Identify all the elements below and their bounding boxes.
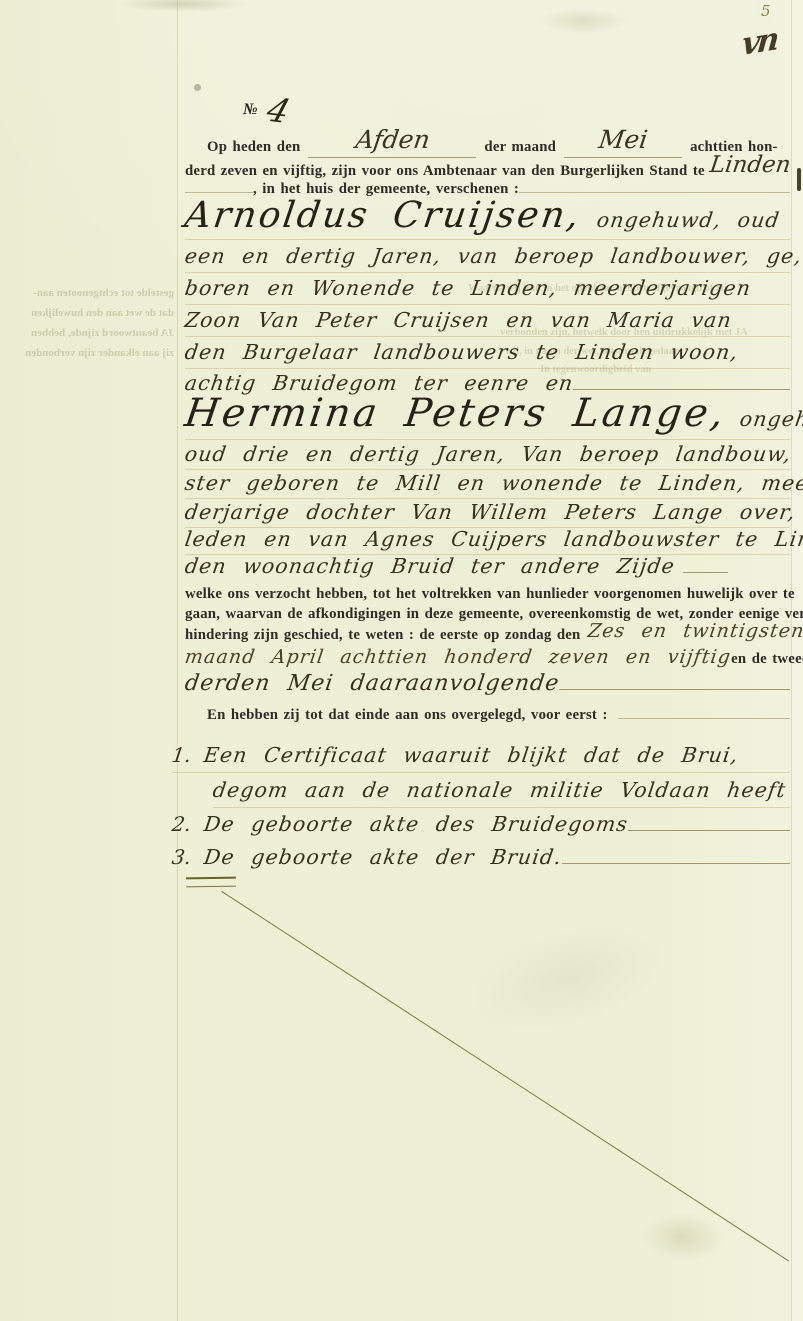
handwritten-text: een en dertig Jaren, van beroep landbouw…	[183, 241, 803, 271]
act-number-value: 4	[262, 90, 294, 130]
document-item-1: 1. Een Certificaat waaruit blijkt dat de…	[172, 739, 790, 773]
left-margin-fold-line	[177, 0, 178, 1321]
banns-line: maand April achttien honderd zeven en vi…	[185, 645, 790, 669]
bride-name-line: Hermina Peters Lange, ongehuwd,	[185, 389, 790, 440]
bride-line: derjarige dochter Van Willem Peters Lang…	[185, 498, 790, 528]
blank-rule	[562, 861, 790, 864]
handwritten-text: Zoon Van Peter Cruijsen en van Maria van	[183, 305, 734, 335]
handwritten-first-banns-date: Zes en twintigsten der	[587, 621, 803, 641]
fill-in-month: Mei	[564, 128, 682, 158]
handwritten-text: leden en van Agnes Cuijpers landbouwster…	[183, 526, 803, 553]
handwritten-text: Een Certificaat waaruit blijkt dat de Br…	[202, 739, 741, 771]
handwritten-text: derjarige dochter Van Willem Peters Lang…	[183, 498, 798, 526]
handwritten-second-banns-date: derden Mei daaraanvolgende	[183, 671, 561, 697]
marriage-record-page: gestelde tot echtgenooten aan- dat de we…	[0, 0, 803, 1321]
documents-intro-line: En hebben zij tot dat einde aan ons over…	[185, 705, 790, 725]
ink-speck	[194, 84, 201, 91]
printed-text: En hebben zij tot dat einde aan ons over…	[185, 705, 608, 725]
bleedthrough-line: gestelde tot echtgenooten aan-	[2, 283, 174, 303]
handwritten-text: boren en Wonende te Linden, meerderjarig…	[183, 273, 753, 303]
printed-text: der maand	[484, 139, 556, 156]
blank-rule	[618, 716, 790, 719]
handwritten-text: ster geboren te Mill en wonende te Linde…	[183, 469, 803, 497]
bleedthrough-line: dat de wet aan den huwelijken	[2, 303, 174, 323]
blank-rule	[628, 828, 790, 831]
paper-smudge	[538, 8, 628, 34]
closing-dash-mark	[186, 877, 236, 888]
bride-line: oud drie en dertig Jaren, Van beroep lan…	[185, 440, 790, 470]
reverse-side-bleedthrough: gestelde tot echtgenooten aan- dat de we…	[2, 283, 174, 363]
printed-text: en de tweede op zondag den	[731, 647, 803, 671]
numero-sign: №	[243, 101, 258, 119]
act-number: № 4	[243, 101, 289, 130]
handwritten-text: degom aan de nationale militie Voldaan h…	[211, 774, 789, 806]
handwritten-text: den Burgelaar landbouwers te Linden woon…	[183, 337, 740, 367]
banns-line: welke ons verzocht hebben, tot het voltr…	[185, 584, 790, 604]
page-number: 5	[761, 2, 771, 20]
handwritten-text: oud drie en dertig Jaren, Van beroep lan…	[183, 440, 793, 468]
document-item-3: 3. De geboorte akte der Bruid.	[172, 843, 790, 873]
groom-line: den Burgelaar landbouwers te Linden woon…	[185, 337, 790, 369]
fill-in-day: Afden	[308, 128, 476, 158]
cancellation-diagonal-line	[221, 891, 789, 1262]
bleedthrough-line: JA beantwoord zijnde, hebben	[2, 323, 174, 343]
banns-line: derden Mei daaraanvolgende	[185, 671, 790, 697]
paper-smudge	[118, 0, 248, 12]
item-number: 3.	[170, 843, 206, 872]
groom-name: Arnoldus Cruijsen,	[182, 193, 584, 239]
handwritten-text: De geboorte akte der Bruid.	[202, 843, 564, 872]
bride-line: den woonachtig Bruid ter andere Zijde	[185, 553, 790, 581]
bleedthrough-line: zij aan elkander zijn verbonden	[2, 343, 174, 363]
paper-smudge	[640, 1212, 725, 1262]
adjacent-page-mark	[797, 168, 801, 191]
handwritten-day: Afden	[353, 125, 431, 154]
groom-name-line: Arnoldus Cruijsen, ongehuwd, oud	[185, 193, 790, 240]
item-number: 1.	[170, 739, 206, 771]
bride-name: Hermina Peters Lange,	[181, 389, 729, 439]
groom-line: boren en Wonende te Linden, meerderjarig…	[185, 273, 790, 305]
blank-rule	[559, 687, 790, 690]
printed-text: welke ons verzocht hebben, tot het voltr…	[185, 584, 795, 604]
handwritten-text: ongehuwd, oud	[594, 197, 783, 243]
groom-line: Zoon Van Peter Cruijsen en van Maria van	[185, 305, 790, 337]
clerk-initials-mark: vn	[741, 21, 778, 63]
document-item-2: 2. De geboorte akte des Bruidegoms	[172, 809, 790, 841]
handwritten-text: De geboorte akte des Bruidegoms	[202, 809, 630, 840]
banns-line: hindering zijn geschied, te weten : de e…	[185, 623, 790, 643]
blank-rule	[683, 570, 728, 573]
item-number: 2.	[170, 809, 206, 840]
paper-smudge	[461, 904, 679, 1050]
handwritten-first-banns-date: maand April achttien honderd zeven en vi…	[183, 645, 732, 669]
document-item-1-continued: degom aan de nationale militie Voldaan h…	[213, 774, 790, 808]
bride-line: leden en van Agnes Cuijpers landbouwster…	[185, 526, 790, 555]
opening-line-2: derd zeven en vijftig, zijn voor ons Amb…	[185, 155, 790, 181]
handwritten-text: den woonachtig Bruid ter andere Zijde	[183, 553, 677, 580]
printed-text: Op heden den	[185, 139, 300, 156]
handwritten-text: ongehuwd,	[737, 394, 803, 444]
groom-line: een en dertig Jaren, van beroep landbouw…	[185, 241, 790, 273]
handwritten-place: Linden	[708, 152, 792, 178]
handwritten-month: Mei	[597, 125, 649, 154]
opening-line-1: Op heden den Afden der maand Mei achttie…	[185, 128, 790, 158]
printed-text: derd zeven en vijftig, zijn voor ons Amb…	[185, 163, 705, 180]
bride-line: ster geboren te Mill en wonende te Linde…	[185, 469, 790, 499]
printed-text: hindering zijn geschied, te weten : de e…	[185, 625, 580, 645]
